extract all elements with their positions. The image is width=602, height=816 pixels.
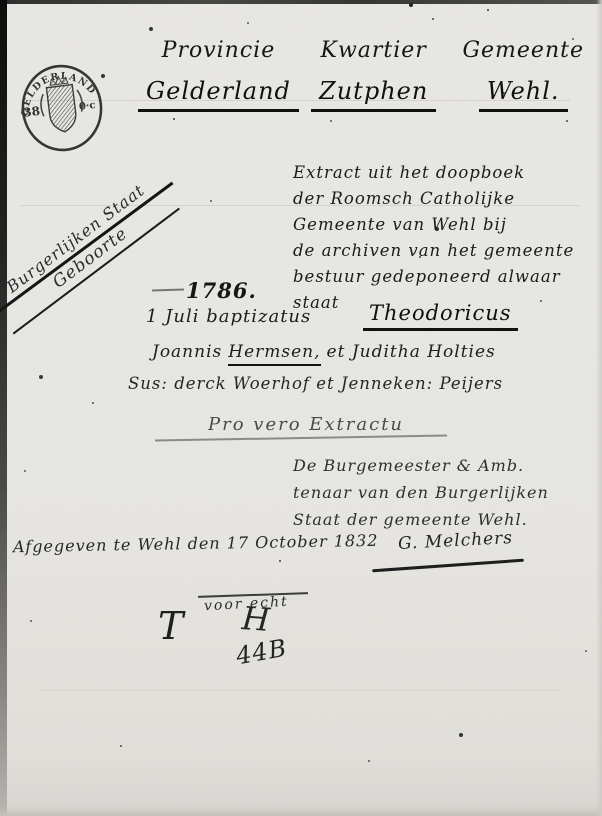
faint-rule-line: [40, 690, 560, 691]
header-value: Gelderland: [138, 77, 299, 112]
scan-edge-top: [0, 0, 602, 4]
scan-edge-right: [596, 0, 602, 816]
entry-witnesses: Sus: derck Woerhof et Jenneken: Peijers: [128, 374, 503, 393]
entry-name: Theodoricus: [363, 301, 518, 331]
header-value: Zutphen: [311, 77, 436, 112]
parents-prefix: Joannis: [152, 342, 222, 362]
father-surname: Hermsen,: [228, 342, 320, 366]
issue-line: Afgegeven te Wehl den 17 October 1832: [13, 531, 379, 556]
intro-line: Gemeente van Wehl bij: [293, 212, 598, 238]
intro-line: der Roomsch Catholijke: [293, 186, 598, 212]
scan-edge-bottom: [0, 806, 602, 816]
header-label: Kwartier: [299, 38, 449, 63]
official-line: Staat der gemeente Wehl.: [293, 506, 598, 533]
document-header: Provincie Gelderland Kwartier Zutphen Ge…: [138, 38, 598, 112]
header-label: Provincie: [138, 38, 299, 63]
stamp-coat-of-arms: [46, 85, 77, 134]
certification-initial-right: H: [241, 599, 272, 639]
document-scan: GELDERLAND 38 0·c Burgerlijken Staat Geb…: [0, 0, 602, 816]
gelderland-stamp: GELDERLAND 38 0·c: [14, 57, 111, 159]
entry-parents: JoannisHermsen,et Juditha Holties: [152, 342, 496, 362]
header-value: Wehl.: [479, 77, 568, 112]
ink-speckles: [0, 0, 2, 2]
certification-initial-left: T: [158, 604, 184, 648]
entry-date: 1 Juli baptizatus: [146, 306, 311, 327]
certification-mark: 44B: [234, 634, 289, 670]
header-label: Gemeente: [448, 38, 598, 63]
stamp-left-value: 38: [22, 104, 40, 120]
intro-line: de archiven van het gemeente: [293, 238, 598, 264]
intro-paragraph: Extract uit het doopboek der Roomsch Cat…: [293, 160, 598, 316]
header-col-kwartier: Kwartier Zutphen: [299, 38, 449, 112]
parents-suffix: et Juditha Holties: [327, 342, 496, 362]
attestation-flourish: [155, 434, 447, 441]
signature-underline: [372, 559, 524, 572]
official-line: De Burgemeester & Amb.: [293, 452, 598, 479]
official-block: De Burgemeester & Amb. tenaar van den Bu…: [293, 452, 598, 533]
year-dash: [152, 288, 184, 291]
stamp-right-value: 0·c: [78, 100, 96, 113]
official-line: tenaar van den Burgerlijken: [293, 479, 598, 506]
scan-edge-left: [0, 0, 7, 816]
header-col-provincie: Provincie Gelderland: [138, 38, 299, 112]
header-col-gemeente: Gemeente Wehl.: [448, 38, 598, 112]
entry-year: 1786.: [186, 278, 257, 303]
intro-line: Extract uit het doopboek: [293, 160, 598, 186]
attestation: Pro vero Extractu: [208, 414, 404, 435]
